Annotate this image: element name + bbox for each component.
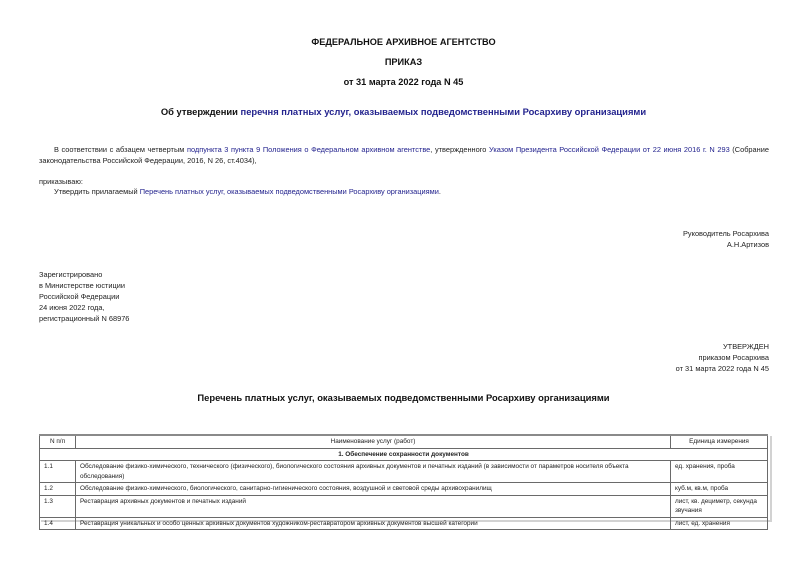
regulation-link[interactable]: подпункта 3 пункта 9 Положения о Федерал… <box>187 145 430 154</box>
row-service-name: Реставрация уникальных и особо ценных ар… <box>76 517 671 530</box>
signatory-name: А.Н.Артизов <box>560 239 769 250</box>
preamble-text: В соответствии с абзацем четвертым <box>54 145 187 154</box>
column-header-name: Наименование услуг (работ) <box>76 435 671 448</box>
approval-line: приказом Росархива <box>560 352 769 363</box>
list-link[interactable]: Перечень платных услуг, оказываемых подв… <box>140 187 439 196</box>
approve-paragraph: Утвердить прилагаемый Перечень платных у… <box>54 186 769 197</box>
approval-line: от 31 марта 2022 года N 45 <box>560 363 769 374</box>
column-header-number: N п/п <box>40 435 76 448</box>
registration-number: регистрационный N 68976 <box>39 313 289 324</box>
approve-end: . <box>439 187 441 196</box>
table-row: 1.3 Реставрация архивных документов и пе… <box>40 495 768 517</box>
approve-text: Утвердить прилагаемый <box>54 187 140 196</box>
signature-block: Руководитель Росархива А.Н.Артизов <box>560 228 769 250</box>
services-table: N п/п Наименование услуг (работ) Единица… <box>39 434 768 530</box>
registration-block: Зарегистрировано в Министерстве юстиции … <box>39 269 289 324</box>
agency-name: ФЕДЕРАЛЬНОЕ АРХИВНОЕ АГЕНТСТВО <box>0 37 807 47</box>
row-unit: ед. хранения, проба <box>671 461 768 483</box>
row-unit: лист, кв. дециметр, секунда звучания <box>671 495 768 517</box>
registration-line: 24 июня 2022 года, <box>39 302 289 313</box>
document-subject: Об утверждении перечня платных услуг, ок… <box>0 106 807 117</box>
row-number: 1.3 <box>40 495 76 517</box>
row-number: 1.2 <box>40 483 76 496</box>
table-section-row: 1. Обеспечение сохранности документов <box>40 448 768 461</box>
row-number: 1.1 <box>40 461 76 483</box>
preamble-paragraph: В соответствии с абзацем четвертым подпу… <box>39 144 769 166</box>
row-number: 1.4 <box>40 517 76 530</box>
subject-link[interactable]: перечня платных услуг, оказываемых подве… <box>241 106 647 117</box>
table-shadow <box>770 436 772 522</box>
signatory-position: Руководитель Росархива <box>560 228 769 239</box>
approval-line: УТВЕРЖДЕН <box>560 341 769 352</box>
subject-prefix: Об утверждении <box>161 106 241 117</box>
column-header-unit: Единица измерения <box>671 435 768 448</box>
section-title: 1. Обеспечение сохранности документов <box>40 448 768 461</box>
table-row: 1.1 Обследование физико-химического, тех… <box>40 461 768 483</box>
row-service-name: Обследование физико-химического, техниче… <box>76 461 671 483</box>
row-service-name: Реставрация архивных документов и печатн… <box>76 495 671 517</box>
registration-line: в Министерстве юстиции <box>39 280 289 291</box>
list-title: Перечень платных услуг, оказываемых подв… <box>0 392 807 403</box>
row-service-name: Обследование физико-химического, биологи… <box>76 483 671 496</box>
document-type: ПРИКАЗ <box>0 57 807 67</box>
table-header-row: N п/п Наименование услуг (работ) Единица… <box>40 435 768 448</box>
preamble-text: , утвержденного <box>430 145 489 154</box>
table-row: 1.4 Реставрация уникальных и особо ценны… <box>40 517 768 530</box>
registration-line: Российской Федерации <box>39 291 289 302</box>
row-unit: куб.м, кв.м, проба <box>671 483 768 496</box>
document-date-number: от 31 марта 2022 года N 45 <box>0 77 807 87</box>
decree-link[interactable]: Указом Президента Российской Федерации о… <box>489 145 730 154</box>
table-row: 1.2 Обследование физико-химического, био… <box>40 483 768 496</box>
approval-stamp: УТВЕРЖДЕН приказом Росархива от 31 марта… <box>560 341 769 374</box>
row-unit: лист, ед. хранения <box>671 517 768 530</box>
registration-line: Зарегистрировано <box>39 269 289 280</box>
